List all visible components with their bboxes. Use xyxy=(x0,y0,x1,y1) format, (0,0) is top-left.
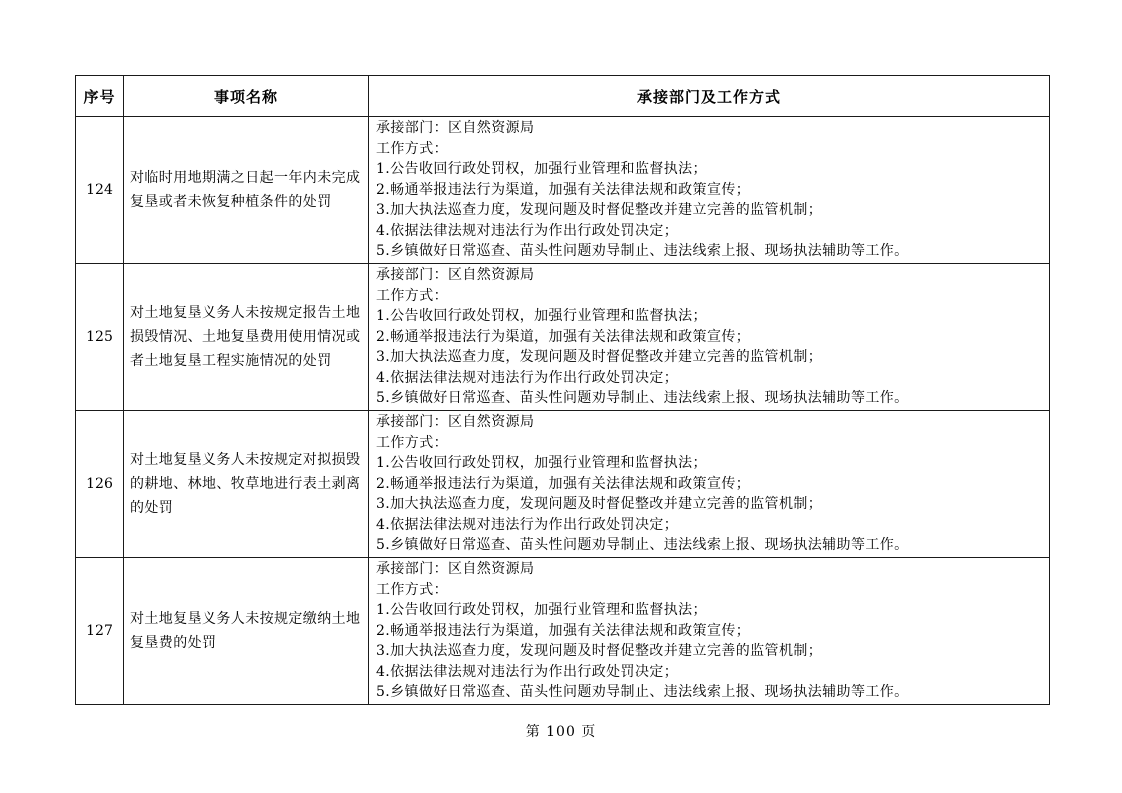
method-label-line: 工作方式： xyxy=(376,139,1042,160)
method-label-line: 工作方式： xyxy=(376,286,1042,307)
matter-name: 对土地复垦义务人未按规定缴纳土地复垦费的处罚 xyxy=(124,558,369,705)
detail-cell: 承接部门：区自然资源局 工作方式： 1.公告收回行政处罚权，加强行业管理和监督执… xyxy=(369,117,1050,264)
detail-cell: 承接部门：区自然资源局 工作方式： 1.公告收回行政处罚权，加强行业管理和监督执… xyxy=(369,558,1050,705)
matter-name: 对土地复垦义务人未按规定报告土地损毁情况、土地复垦费用使用情况或者土地复垦工程实… xyxy=(124,264,369,411)
matter-name: 对临时用地期满之日起一年内未完成复垦或者未恢复种植条件的处罚 xyxy=(124,117,369,264)
department-line: 承接部门：区自然资源局 xyxy=(376,118,1042,139)
row-index: 125 xyxy=(76,264,124,411)
method-label-line: 工作方式： xyxy=(376,580,1042,601)
table-row: 126 对土地复垦义务人未按规定对拟损毁的耕地、林地、牧草地进行表土剥离的处罚 … xyxy=(76,411,1050,558)
method-line-2: 2.畅通举报违法行为渠道，加强有关法律法规和政策宣传； xyxy=(376,327,1042,348)
matters-table: 序号 事项名称 承接部门及工作方式 124 对临时用地期满之日起一年内未完成复垦… xyxy=(75,75,1050,705)
method-line-3: 3.加大执法巡查力度，发现问题及时督促整改并建立完善的监管机制； xyxy=(376,200,1042,221)
method-line-1: 1.公告收回行政处罚权，加强行业管理和监督执法； xyxy=(376,306,1042,327)
method-line-4: 4.依据法律法规对违法行为作出行政处罚决定； xyxy=(376,368,1042,389)
method-line-5: 5.乡镇做好日常巡查、苗头性问题劝导制止、违法线索上报、现场执法辅助等工作。 xyxy=(376,241,1042,262)
table-header-row: 序号 事项名称 承接部门及工作方式 xyxy=(76,76,1050,117)
method-line-3: 3.加大执法巡查力度，发现问题及时督促整改并建立完善的监管机制； xyxy=(376,494,1042,515)
detail-cell: 承接部门：区自然资源局 工作方式： 1.公告收回行政处罚权，加强行业管理和监督执… xyxy=(369,264,1050,411)
matter-name: 对土地复垦义务人未按规定对拟损毁的耕地、林地、牧草地进行表土剥离的处罚 xyxy=(124,411,369,558)
method-line-1: 1.公告收回行政处罚权，加强行业管理和监督执法； xyxy=(376,159,1042,180)
department-line: 承接部门：区自然资源局 xyxy=(376,559,1042,580)
method-line-1: 1.公告收回行政处罚权，加强行业管理和监督执法； xyxy=(376,600,1042,621)
method-line-3: 3.加大执法巡查力度，发现问题及时督促整改并建立完善的监管机制； xyxy=(376,641,1042,662)
method-line-5: 5.乡镇做好日常巡查、苗头性问题劝导制止、违法线索上报、现场执法辅助等工作。 xyxy=(376,535,1042,556)
document-page: 序号 事项名称 承接部门及工作方式 124 对临时用地期满之日起一年内未完成复垦… xyxy=(0,0,1122,793)
row-index: 124 xyxy=(76,117,124,264)
column-header-department-method: 承接部门及工作方式 xyxy=(369,76,1050,117)
method-line-4: 4.依据法律法规对违法行为作出行政处罚决定； xyxy=(376,221,1042,242)
table-row: 125 对土地复垦义务人未按规定报告土地损毁情况、土地复垦费用使用情况或者土地复… xyxy=(76,264,1050,411)
method-line-4: 4.依据法律法规对违法行为作出行政处罚决定； xyxy=(376,662,1042,683)
table-row: 124 对临时用地期满之日起一年内未完成复垦或者未恢复种植条件的处罚 承接部门：… xyxy=(76,117,1050,264)
detail-cell: 承接部门：区自然资源局 工作方式： 1.公告收回行政处罚权，加强行业管理和监督执… xyxy=(369,411,1050,558)
method-line-1: 1.公告收回行政处罚权，加强行业管理和监督执法； xyxy=(376,453,1042,474)
column-header-index: 序号 xyxy=(76,76,124,117)
row-index: 127 xyxy=(76,558,124,705)
department-line: 承接部门：区自然资源局 xyxy=(376,412,1042,433)
method-line-4: 4.依据法律法规对违法行为作出行政处罚决定； xyxy=(376,515,1042,536)
method-label-line: 工作方式： xyxy=(376,433,1042,454)
method-line-5: 5.乡镇做好日常巡查、苗头性问题劝导制止、违法线索上报、现场执法辅助等工作。 xyxy=(376,682,1042,703)
row-index: 126 xyxy=(76,411,124,558)
department-line: 承接部门：区自然资源局 xyxy=(376,265,1042,286)
method-line-2: 2.畅通举报违法行为渠道，加强有关法律法规和政策宣传； xyxy=(376,621,1042,642)
page-number: 第 100 页 xyxy=(0,721,1122,741)
method-line-5: 5.乡镇做好日常巡查、苗头性问题劝导制止、违法线索上报、现场执法辅助等工作。 xyxy=(376,388,1042,409)
method-line-2: 2.畅通举报违法行为渠道，加强有关法律法规和政策宣传； xyxy=(376,474,1042,495)
table-row: 127 对土地复垦义务人未按规定缴纳土地复垦费的处罚 承接部门：区自然资源局 工… xyxy=(76,558,1050,705)
column-header-matter-name: 事项名称 xyxy=(124,76,369,117)
method-line-3: 3.加大执法巡查力度，发现问题及时督促整改并建立完善的监管机制； xyxy=(376,347,1042,368)
method-line-2: 2.畅通举报违法行为渠道，加强有关法律法规和政策宣传； xyxy=(376,180,1042,201)
